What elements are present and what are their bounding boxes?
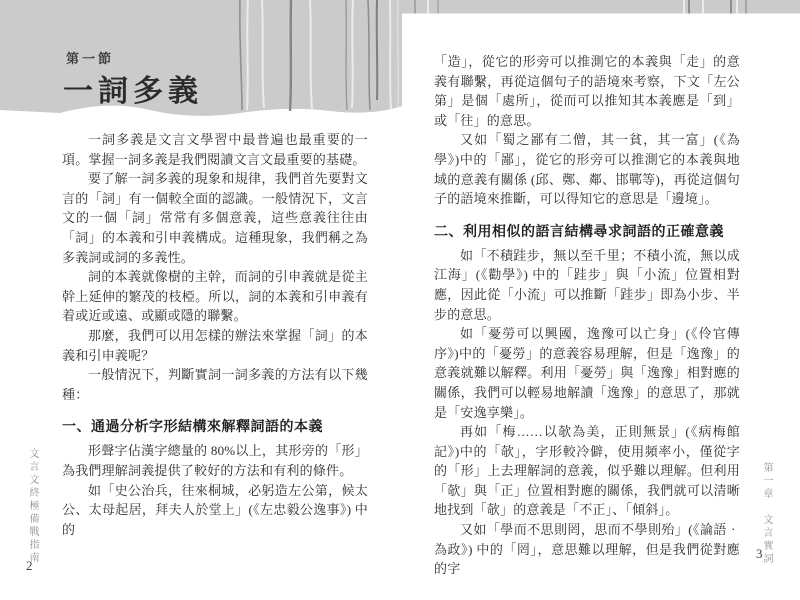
paragraph: 如「不積跬步，無以至千里；不積小流，無以成江海」(《勸學》) 中的「跬步」與「小… [434,246,740,324]
paragraph: 那麼，我們可以用怎樣的辦法來掌握「詞」的本義和引申義呢？ [62,326,368,365]
sub-heading: 二、利用相似的語言結構尋求詞語的正確意義 [434,221,740,241]
paragraph: 一般情況下，判斷實詞一詞多義的方法有以下幾種： [62,365,368,404]
right-page-body: 「造」，從它的形旁可以推測它的本義與「走」的意義有聯繫，再從這個句子的語境來考察… [434,52,740,579]
left-page-number: 2 [26,558,33,574]
section-kicker: 第一節 [66,48,114,67]
paragraph: 再如「梅……以欹為美，正則無景」(《病梅館記》)中的「欹」，字形較冷僻，使用頻率… [434,422,740,520]
paragraph: 如「憂勞可以興國，逸豫可以亡身」(《伶官傳序》)中的「憂勞」的意義容易理解，但是… [434,324,740,422]
paragraph: 「造」，從它的形旁可以推測它的本義與「走」的意義有聯繫，再從這個句子的語境來考察… [434,52,740,130]
paragraph: 要了解一詞多義的現象和規律，我們首先要對文言的「詞」有一個較全面的認識。一般情況… [62,169,368,267]
paragraph: 詞的本義就像樹的主幹，而詞的引申義就是從主幹上延伸的繁茂的枝椏。所以，詞的本義和… [62,267,368,326]
left-page-body: 一詞多義是文言文學習中最普遍也最重要的一項。掌握一詞多義是我們閱讀文言文最重要的… [62,130,368,539]
right-page-number: 3 [756,546,763,562]
paragraph: 又如「蜀之鄙有二僧，其一貧，其一富」(《為學》)中的「鄙」，從它的形旁可以推測它… [434,130,740,208]
paragraph: 形聲字佔漢字總量的 80%以上，其形旁的「形」為我們理解詞義提供了較好的方法和有… [62,441,368,480]
book-spread: 第一節 一詞多義 一詞多義是文言文學習中最普遍也最重要的一項。掌握一詞多義是我們… [0,0,800,600]
paragraph: 一詞多義是文言文學習中最普遍也最重要的一項。掌握一詞多義是我們閱讀文言文最重要的… [62,130,368,169]
paragraph: 又如「學而不思則罔，思而不學則殆」(《論語‧為政》) 中的「罔」，意思難以理解，… [434,520,740,579]
left-sidebar-book-title: 文言文終極備戰指南 [25,448,40,565]
paragraph: 如「史公治兵，往來桐城，必躬造左公第，候太公、太母起居，拜夫人於堂上」(《左忠毅… [62,481,368,540]
sub-heading: 一、通過分析字形結構來解釋詞語的本義 [62,416,368,436]
section-title: 一詞多義 [63,66,203,110]
